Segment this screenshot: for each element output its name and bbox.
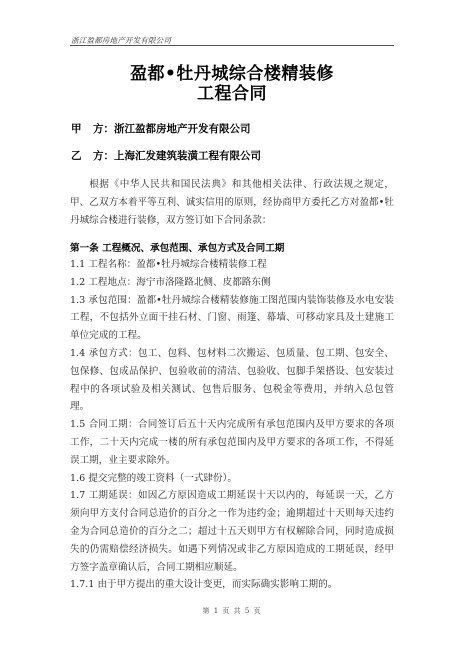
clause-1-5: 1.5 合同工期：合同签订后五十天内完成所有承包范围内及甲方要求的各项工作，二十… [70, 416, 394, 469]
intro-text: 根据《中华人民共和国民法典》和其他相关法律、行政法规之规定，甲、乙双方本着平等互… [70, 176, 394, 229]
party-b-label: 方： [93, 150, 114, 162]
clause-1-2: 1.2 工程地点：海宁市洛隆路北侧、皮都路东侧 [70, 274, 394, 292]
clause-1-7: 1.7 工期延误：如因乙方原因造成工期延误十天以内的，每延误一天，乙方须向甲方支… [70, 487, 394, 576]
intro-paragraph: 根据《中华人民共和国民法典》和其他相关法律、行政法规之规定，甲、乙双方本着平等互… [70, 176, 394, 229]
page-footer: 第 1 页 共 5 页 [70, 606, 394, 616]
section-heading: 第一条 工程概况、承包范围、承包方式及合同工期 [70, 240, 284, 254]
document-title-line2: 工程合同 [70, 79, 394, 104]
clause-1-1: 1.1 工程名称：盈都•牡丹城综合楼精装修工程 [70, 256, 394, 274]
party-a-role: 甲 [71, 121, 93, 136]
clause-1-4: 1.4 承包方式：包工、包料、包材料二次搬运、包质量、包工期、包安全、包保修、包… [70, 345, 394, 416]
party-a: 甲方：浙江盈都房地产开发有限公司 [71, 121, 251, 136]
clause-1-6: 1.6 提交完整的竣工资料（一式肆份）。 [70, 470, 394, 488]
clause-list: 1.1 工程名称：盈都•牡丹城综合楼精装修工程 1.2 工程地点：海宁市洛隆路北… [70, 256, 394, 594]
party-a-name: 浙江盈都房地产开发有限公司 [114, 123, 251, 135]
party-b: 乙方：上海汇发建筑装潢工程有限公司 [71, 148, 261, 163]
party-a-label: 方： [93, 123, 114, 135]
party-b-name: 上海汇发建筑装潢工程有限公司 [114, 150, 261, 162]
clause-1-3: 1.3 承包范围：盈都•牡丹城综合楼精装修施工图范围内装饰装修及水电安装工程，不… [70, 292, 394, 345]
header-rule [70, 45, 394, 46]
party-b-role: 乙 [71, 148, 93, 163]
clause-1-7-1: 1.7.1 由于甲方提出的重大设计变更，而实际确实影响工期的。 [70, 576, 394, 594]
document-page: 浙江盈都房地产开发有限公司 盈都•牡丹城综合楼精装修 工程合同 甲方：浙江盈都房… [0, 0, 463, 655]
